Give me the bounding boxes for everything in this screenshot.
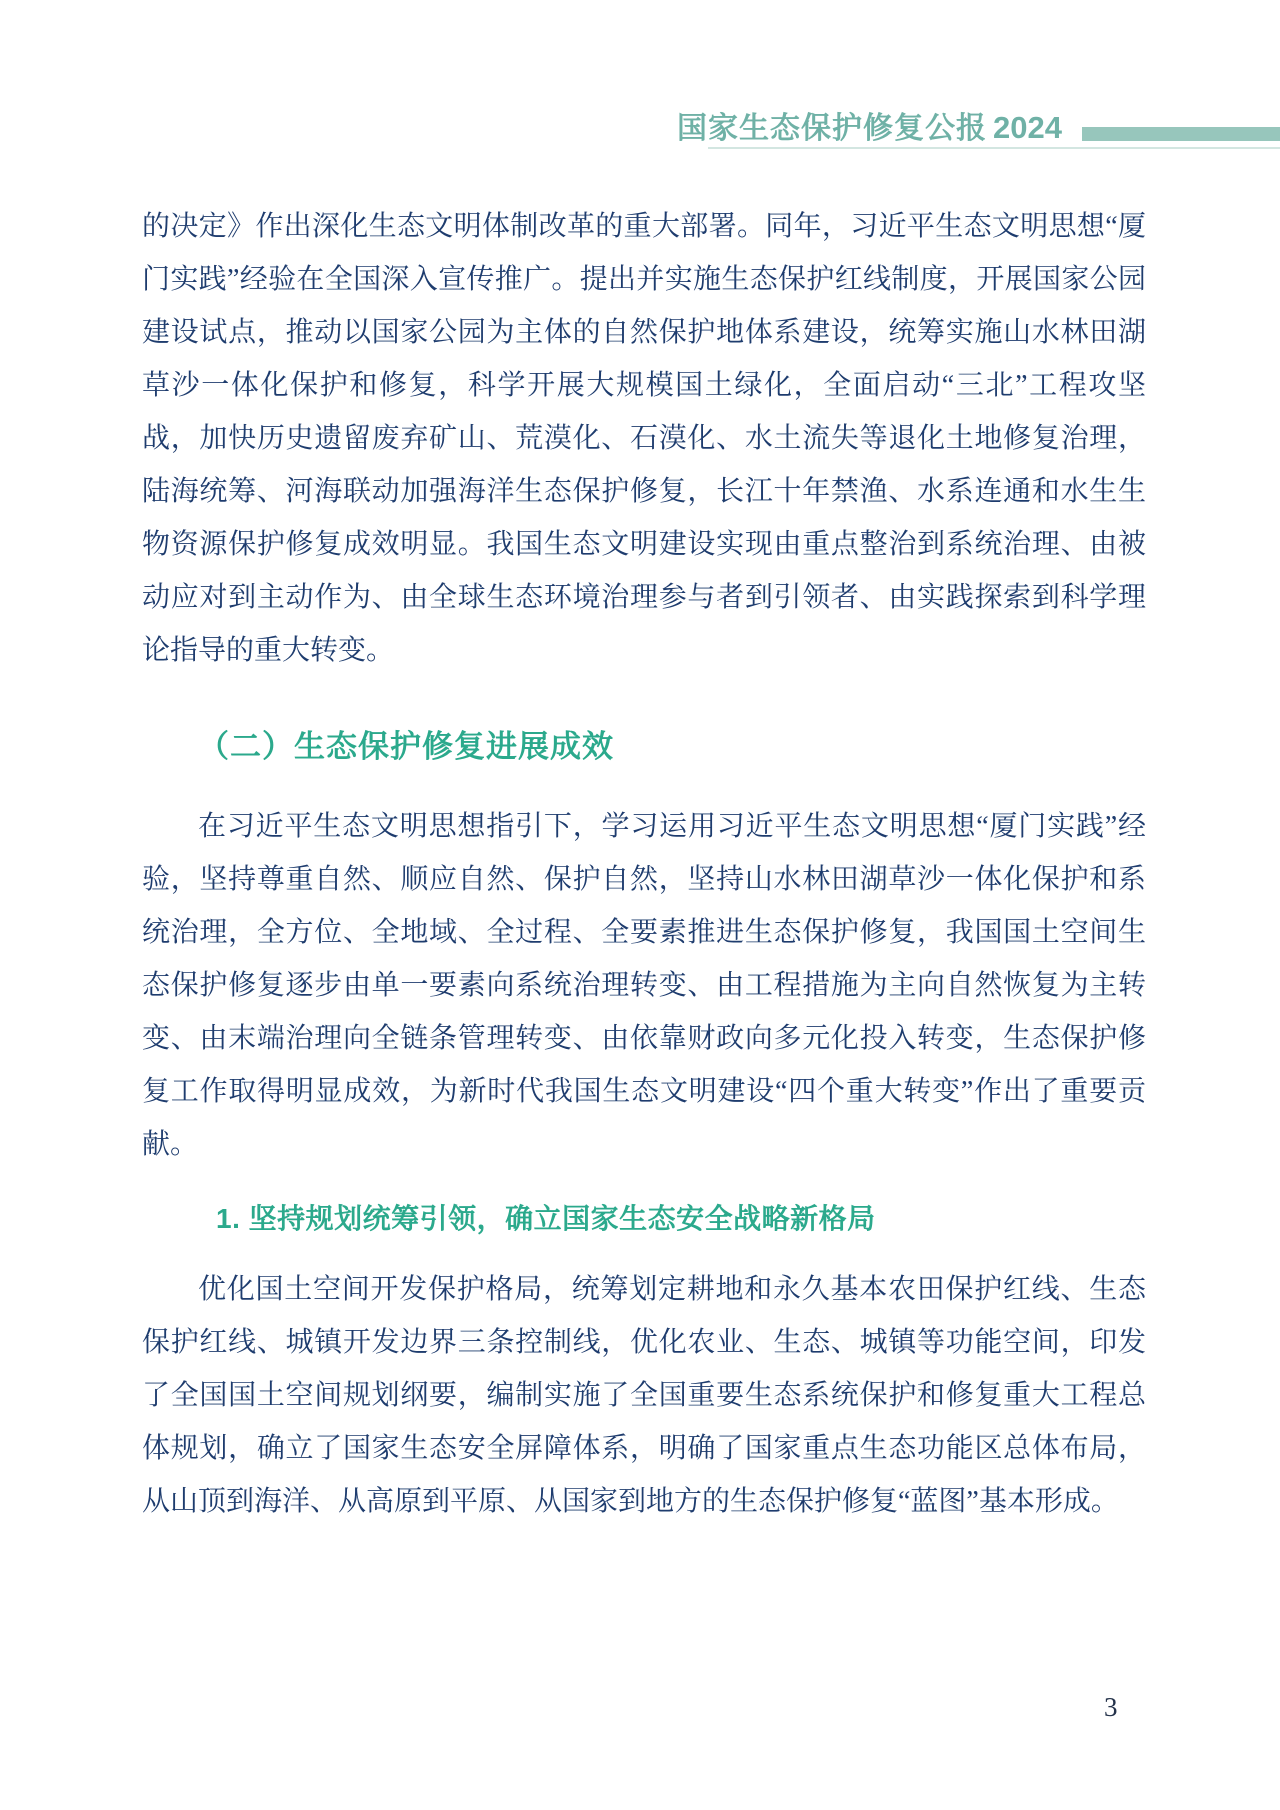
paragraph-3: 优化国土空间开发保护格局，统筹划定耕地和永久基本农田保护红线、生态保护红线、城镇… [142, 1263, 1146, 1528]
paragraph-continuation: 的决定》作出深化生态文明体制改革的重大部署。同年，习近平生态文明思想“厦门实践”… [142, 200, 1146, 677]
document-page: 国家生态保护修复公报2024 的决定》作出深化生态文明体制改革的重大部署。同年，… [0, 0, 1280, 1810]
section-heading: （二）生态保护修复进展成效 [198, 728, 614, 766]
header-year: 2024 [993, 110, 1062, 145]
subsection-heading: 1. 坚持规划统筹引领，确立国家生态安全战略新格局 [216, 1201, 876, 1237]
header-rule-line [708, 147, 1280, 149]
header-title-text: 国家生态保护修复公报 [677, 112, 987, 145]
header-title: 国家生态保护修复公报2024 [677, 110, 1062, 147]
page-number: 3 [1104, 1690, 1118, 1724]
header-accent-bar [1082, 127, 1280, 141]
paragraph-2: 在习近平生态文明思想指引下，学习运用习近平生态文明思想“厦门实践”经验，坚持尊重… [142, 800, 1146, 1171]
